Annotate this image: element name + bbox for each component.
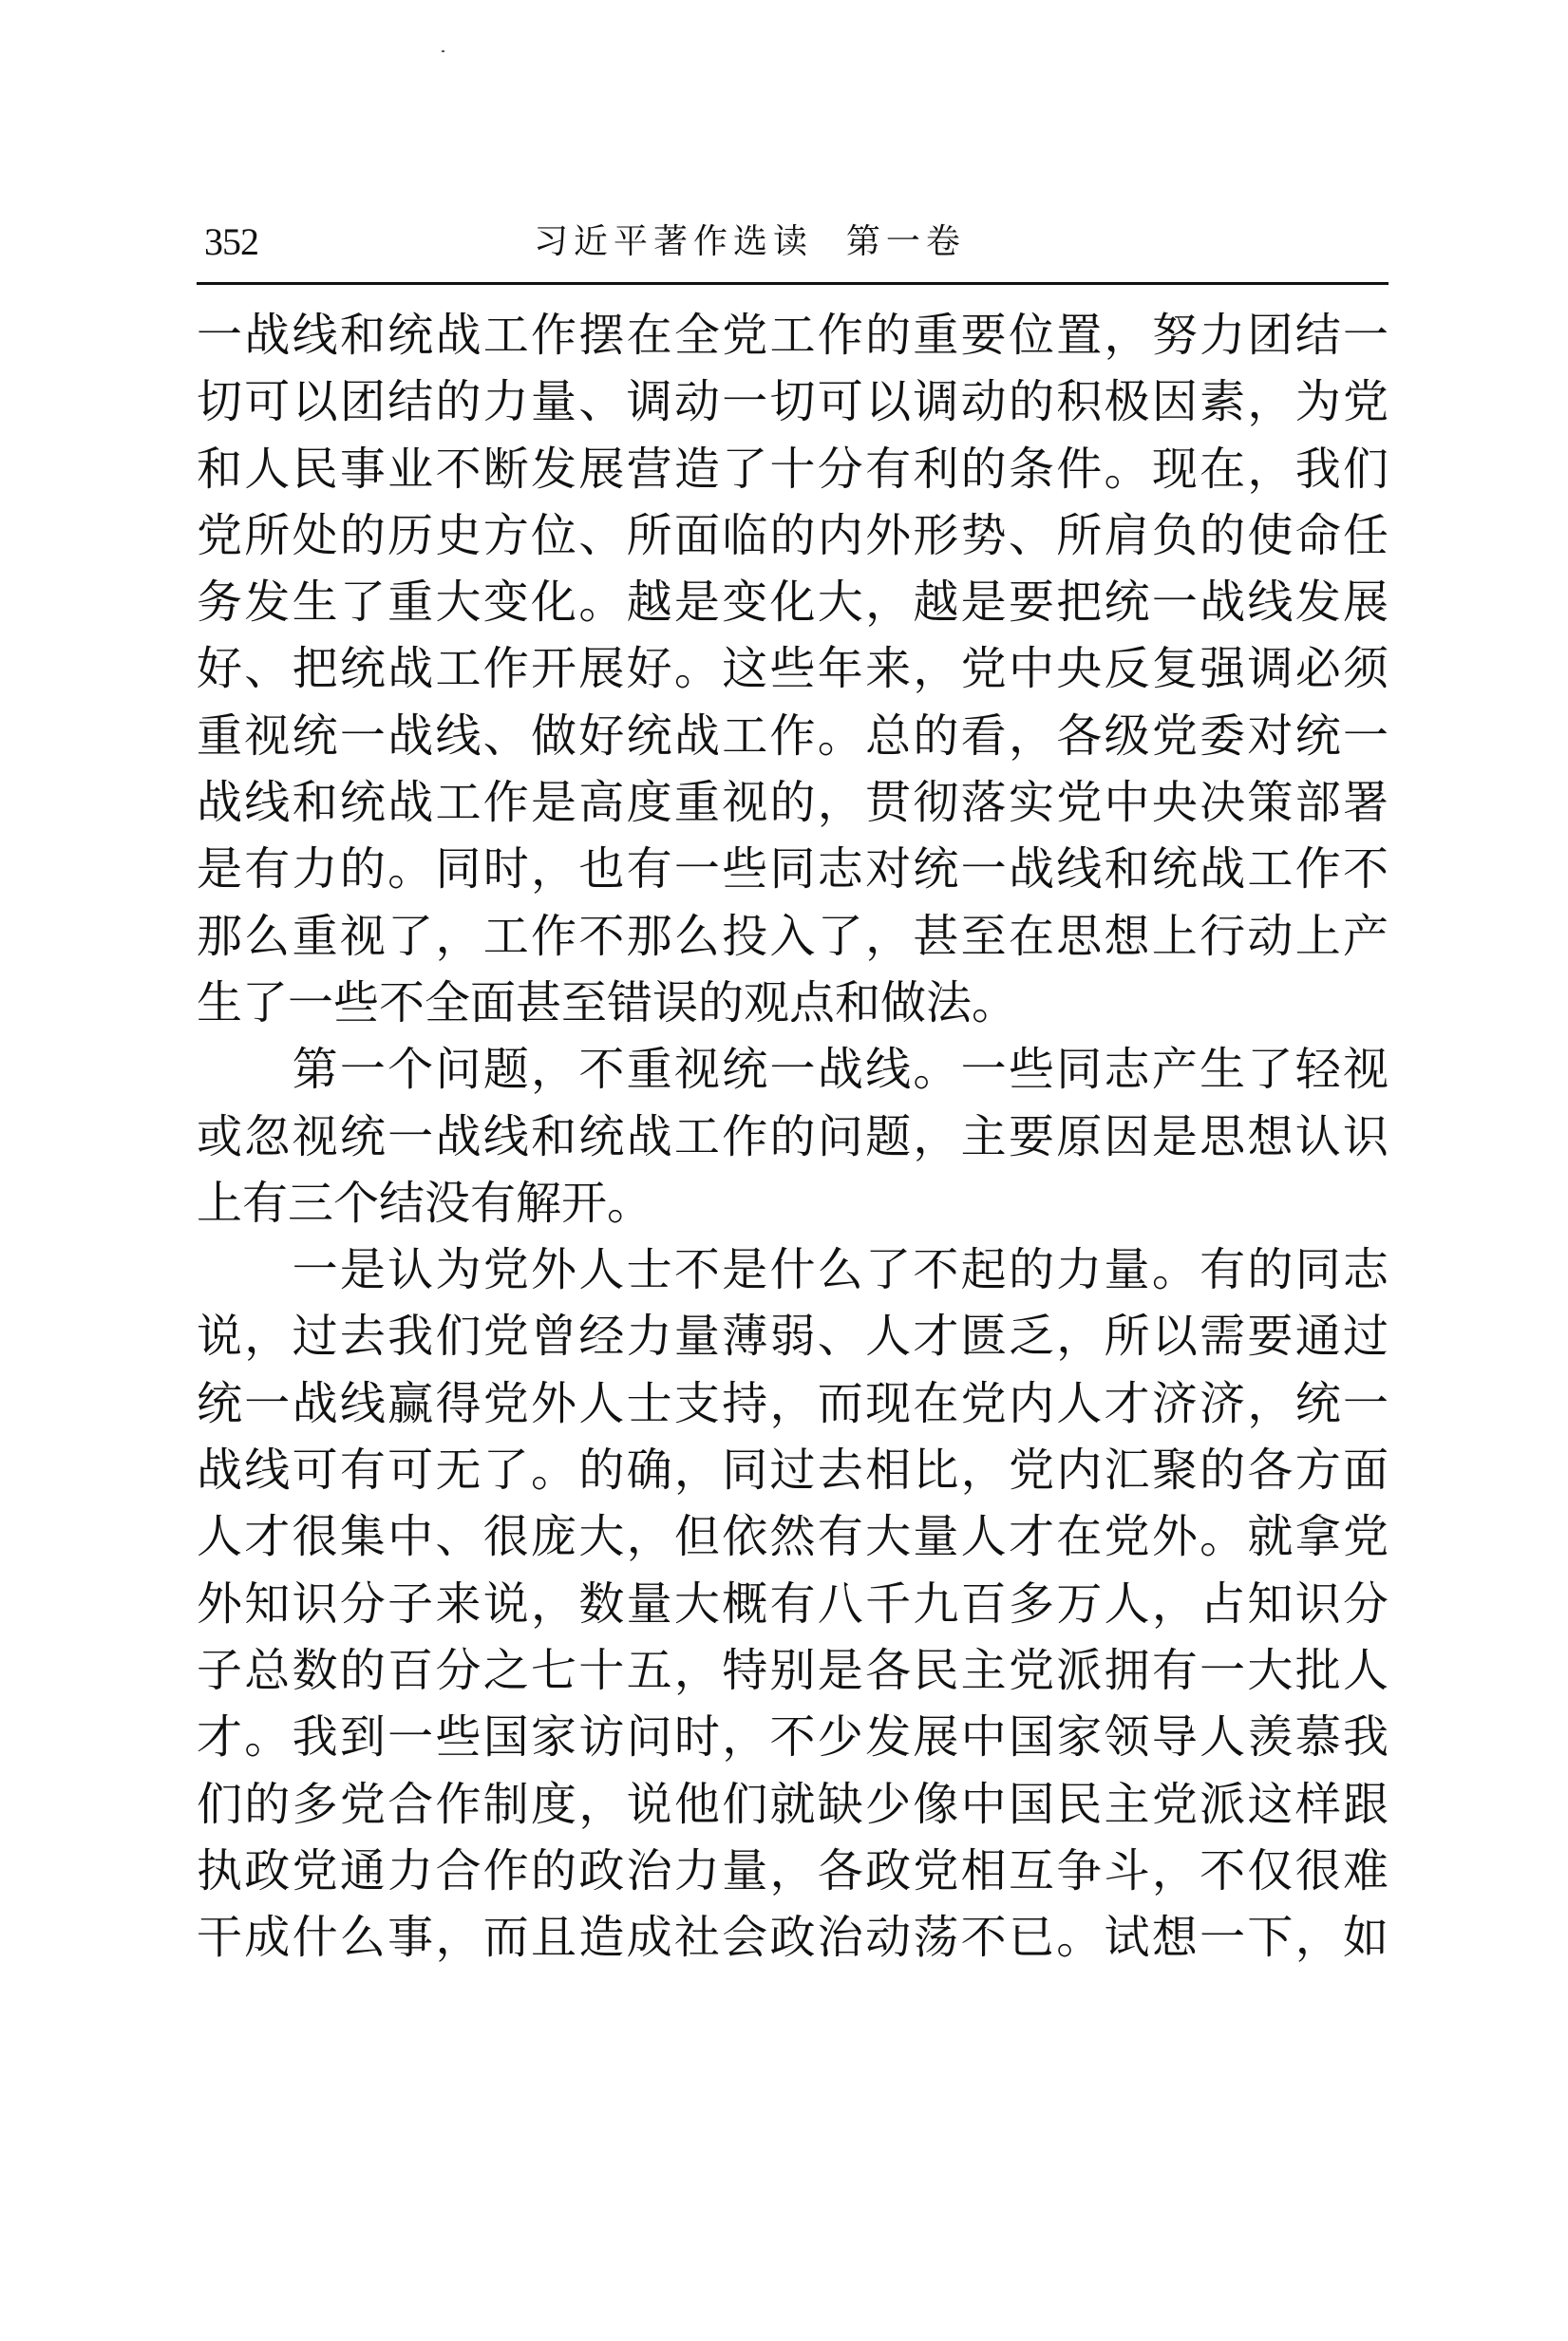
text-line: 或忽视统一战线和统战工作的问题，主要原因是思想认识	[197, 1104, 1389, 1170]
text-line: 是有力的。同时，也有一些同志对统一战线和统战工作不	[197, 836, 1389, 902]
scan-speck	[442, 50, 444, 52]
text-line: 上有三个结没有解开。	[197, 1170, 1389, 1237]
text-line: 生了一些不全面甚至错误的观点和做法。	[197, 970, 1389, 1036]
text-line: 战线可有可无了。的确，同过去相比，党内汇聚的各方面	[197, 1437, 1389, 1503]
text-line: 重视统一战线、做好统战工作。总的看，各级党委对统一	[197, 703, 1389, 769]
text-line: 一战线和统战工作摆在全党工作的重要位置，努力团结一	[197, 302, 1389, 368]
body-text: 一战线和统战工作摆在全党工作的重要位置，努力团结一切可以团结的力量、调动一切可以…	[197, 302, 1395, 1971]
text-line: 外知识分子来说，数量大概有八千九百多万人，占知识分	[197, 1571, 1389, 1637]
text-line: 务发生了重大变化。越是变化大，越是要把统一战线发展	[197, 569, 1389, 635]
text-line: 说，过去我们党曾经力量薄弱、人才匮乏，所以需要通过	[197, 1303, 1389, 1369]
page-header: 352 习近平著作选读 第一卷	[197, 214, 1389, 271]
text-line: 子总数的百分之七十五，特别是各民主党派拥有一大批人	[197, 1637, 1389, 1704]
text-line: 战线和统战工作是高度重视的，贯彻落实党中央决策部署	[197, 769, 1389, 836]
text-line: 一是认为党外人士不是什么了不起的力量。有的同志	[197, 1237, 1389, 1303]
text-line: 那么重视了，工作不那么投入了，甚至在思想上行动上产	[197, 903, 1389, 970]
text-line: 统一战线赢得党外人士支持，而现在党内人才济济，统一	[197, 1370, 1389, 1437]
text-line: 们的多党合作制度，说他们就缺少像中国民主党派这样跟	[197, 1771, 1389, 1838]
header-rule	[197, 282, 1389, 285]
text-line: 切可以团结的力量、调动一切可以调动的积极因素，为党	[197, 368, 1389, 435]
running-title: 习近平著作选读 第一卷	[534, 219, 966, 265]
page-number: 352	[204, 219, 258, 265]
text-line: 人才很集中、很庞大，但依然有大量人才在党外。就拿党	[197, 1503, 1389, 1570]
text-line: 第一个问题，不重视统一战线。一些同志产生了轻视	[197, 1036, 1389, 1103]
text-line: 党所处的历史方位、所面临的内外形势、所肩负的使命任	[197, 502, 1389, 569]
text-line: 干成什么事，而且造成社会政治动荡不已。试想一下，如	[197, 1904, 1389, 1971]
text-line: 好、把统战工作开展好。这些年来，党中央反复强调必须	[197, 635, 1389, 702]
text-line: 和人民事业不断发展营造了十分有利的条件。现在，我们	[197, 436, 1389, 502]
text-line: 执政党通力合作的政治力量，各政党相互争斗，不仅很难	[197, 1838, 1389, 1904]
text-line: 才。我到一些国家访问时，不少发展中国家领导人羡慕我	[197, 1704, 1389, 1770]
